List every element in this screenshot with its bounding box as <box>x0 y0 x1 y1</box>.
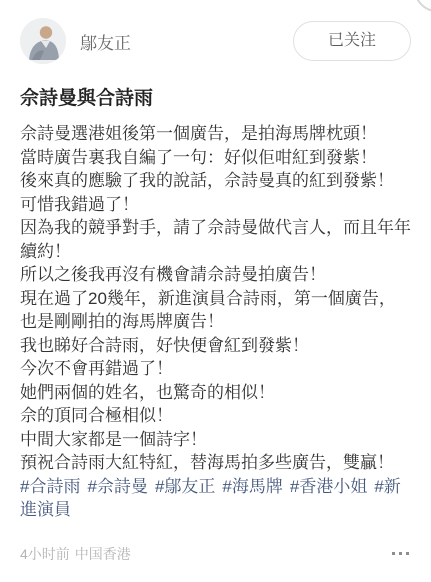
post-paragraph: 她們兩個的姓名，也驚奇的相似！ <box>20 381 411 405</box>
post-meta: 4小时前中国香港 <box>20 544 131 564</box>
follow-button[interactable]: 已关注 <box>293 21 411 61</box>
post-paragraph: 預祝合詩雨大紅特紅，替海馬拍多些廣告，雙贏！ <box>20 451 411 475</box>
hashtag-link[interactable]: #佘詩曼 <box>87 477 147 496</box>
post-paragraph: 佘詩曼選港姐後第一個廣告，是拍海馬牌枕頭！ <box>20 122 411 146</box>
post-title: 佘詩曼與合詩雨 <box>20 88 411 109</box>
hashtag-link[interactable]: #合詩雨 <box>20 477 80 496</box>
post-paragraph: 後來真的應驗了我的說話，佘詩曼真的紅到發紫！ <box>20 169 411 193</box>
post-body-text: 佘詩曼選港姐後第一個廣告，是拍海馬牌枕頭！當時廣告裏我自編了一句：好似佢咁紅到發… <box>20 122 411 475</box>
hashtag-link[interactable]: #香港小姐 <box>290 477 367 496</box>
post-paragraph: 因為我的競爭對手，請了佘詩曼做代言人，而且年年續約！ <box>20 216 411 263</box>
location: 中国香港 <box>75 546 131 562</box>
post-paragraph: 中間大家都是一個詩字！ <box>20 428 411 452</box>
post-header: 鄔友正 已关注 <box>20 18 411 64</box>
floating-button-edge <box>414 0 431 12</box>
timestamp: 4小时前 <box>20 546 70 562</box>
user-name[interactable]: 鄔友正 <box>80 29 293 54</box>
post-paragraph: 現在過了20幾年，新進演員合詩雨，第一個廣告，也是剛剛拍的海馬牌廣告！ <box>20 287 411 334</box>
post-card: 鄔友正 已关注 佘詩曼與合詩雨 佘詩曼選港姐後第一個廣告，是拍海馬牌枕頭！當時廣… <box>0 0 431 582</box>
post-footer: 4小时前中国香港 <box>20 544 411 564</box>
man-in-suit-avatar-image <box>20 18 66 64</box>
post-paragraph: 佘的頂同合極相似！ <box>20 404 411 428</box>
avatar[interactable] <box>20 18 66 64</box>
ellipsis-more-icon[interactable] <box>390 548 411 559</box>
hashtag-link[interactable]: #海馬牌 <box>222 477 282 496</box>
post-paragraph: 我也睇好合詩雨，好快便會紅到發紫！ <box>20 334 411 358</box>
hashtags: #合詩雨#佘詩曼#鄔友正#海馬牌#香港小姐#新進演員 <box>20 475 411 522</box>
post-paragraph: 今次不會再錯過了！ <box>20 357 411 381</box>
post-paragraph: 所以之後我再沒有機會請佘詩曼拍廣告！ <box>20 263 411 287</box>
post-paragraph: 可惜我錯過了！ <box>20 193 411 217</box>
hashtag-link[interactable]: #鄔友正 <box>155 477 215 496</box>
post-paragraph: 當時廣告裏我自編了一句：好似佢咁紅到發紫！ <box>20 146 411 170</box>
